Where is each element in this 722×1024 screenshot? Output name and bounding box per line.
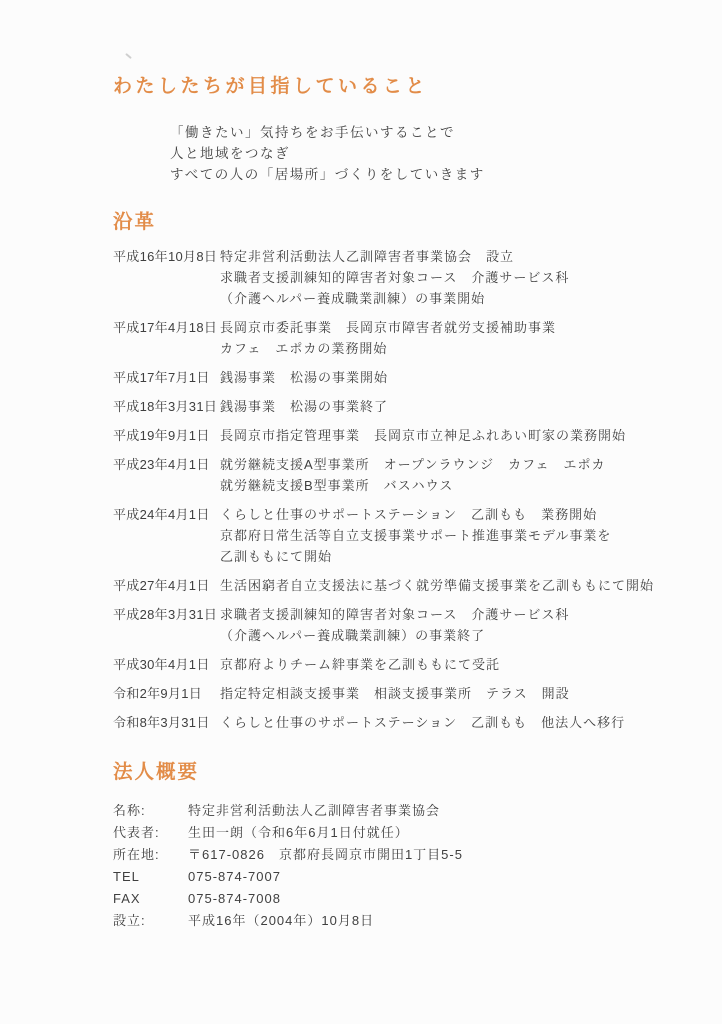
profile-row-value: 075-874-7007 (188, 866, 281, 888)
history-entry: 平成23年4月1日 就労継続支援A型事業所 オープンラウンジ カフェ エポカ就労… (113, 454, 674, 496)
mission-section: わたしたちが目指していること 「働きたい」気持ちをお手伝いすることで 人と地域を… (113, 76, 674, 185)
profile-row: 代表者: 生田一朗（令和6年6月1日付就任） (113, 822, 674, 844)
history-entry-date: 平成24年4月1日 (113, 504, 220, 567)
history-entry-description: 特定非営利活動法人乙訓障害者事業協会 設立求職者支援訓練知的障害者対象コース 介… (220, 246, 569, 309)
history-entry: 平成27年4月1日 生活困窮者自立支援法に基づく就労準備支援事業を乙訓ももにて開… (113, 575, 674, 596)
profile-row-label: FAX (113, 888, 188, 910)
profile-row-label: 所在地: (113, 844, 188, 866)
text-line: 長岡京市委託事業 長岡京市障害者就労支援補助事業 (220, 317, 556, 338)
history-entry-date: 平成23年4月1日 (113, 454, 220, 496)
history-entry: 平成16年10月8日 特定非営利活動法人乙訓障害者事業協会 設立求職者支援訓練知… (113, 246, 674, 309)
history-entry-description: 長岡京市委託事業 長岡京市障害者就労支援補助事業カフェ エポカの業務開始 (220, 317, 556, 359)
history-entry-date: 平成17年7月1日 (113, 367, 220, 388)
history-entry-description: 京都府よりチーム絆事業を乙訓ももにて受託 (220, 654, 500, 675)
profile-row: 名称: 特定非営利活動法人乙訓障害者事業協会 (113, 800, 674, 822)
history-section: 沿革 平成16年10月8日 特定非営利活動法人乙訓障害者事業協会 設立求職者支援… (113, 210, 674, 733)
history-entry-description: 就労継続支援A型事業所 オープンラウンジ カフェ エポカ就労継続支援B型事業所 … (220, 454, 606, 496)
profile-row: TEL 075-874-7007 (113, 866, 674, 888)
history-entry: 平成28年3月31日 求職者支援訓練知的障害者対象コース 介護サービス科（介護ヘ… (113, 604, 674, 646)
profile-row: FAX 075-874-7008 (113, 888, 674, 910)
profile-row-value: 075-874-7008 (188, 888, 281, 910)
profile-row-value: 〒617-0826 京都府長岡京市開田1丁目5-5 (188, 844, 463, 866)
profile-row-label: 設立: (113, 910, 188, 932)
text-line: 求職者支援訓練知的障害者対象コース 介護サービス科 (220, 604, 569, 625)
text-line: 特定非営利活動法人乙訓障害者事業協会 設立 (220, 246, 569, 267)
history-entry: 令和2年9月1日 指定特定相談支援事業 相談支援事業所 テラス 開設 (113, 683, 674, 704)
mission-line: 「働きたい」気持ちをお手伝いすることで (170, 122, 674, 143)
history-entry-description: 生活困窮者自立支援法に基づく就労準備支援事業を乙訓ももにて開始 (220, 575, 654, 596)
history-entry-date: 平成17年4月18日 (113, 317, 220, 359)
text-line: 銭湯事業 松湯の事業開始 (220, 367, 388, 388)
profile-row: 設立: 平成16年（2004年）10月8日 (113, 910, 674, 932)
text-line: 求職者支援訓練知的障害者対象コース 介護サービス科 (220, 267, 569, 288)
history-entry-description: 長岡京市指定管理事業 長岡京市立神足ふれあい町家の業務開始 (220, 425, 626, 446)
history-entry: 平成24年4月1日 くらしと仕事のサポートステーション 乙訓もも 業務開始京都府… (113, 504, 674, 567)
history-entry-date: 平成27年4月1日 (113, 575, 220, 596)
text-line: 乙訓ももにて開始 (220, 546, 611, 567)
text-line: 生活困窮者自立支援法に基づく就労準備支援事業を乙訓ももにて開始 (220, 575, 654, 596)
text-line: 就労継続支援A型事業所 オープンラウンジ カフェ エポカ (220, 454, 606, 475)
history-entry-description: 銭湯事業 松湯の事業終了 (220, 396, 388, 417)
history-entry-description: くらしと仕事のサポートステーション 乙訓もも 他法人へ移行 (220, 712, 625, 733)
profile-list: 名称: 特定非営利活動法人乙訓障害者事業協会 代表者: 生田一朗（令和6年6月1… (113, 800, 674, 932)
history-entry: 令和8年3月31日 くらしと仕事のサポートステーション 乙訓もも 他法人へ移行 (113, 712, 674, 733)
history-entry: 平成17年4月18日 長岡京市委託事業 長岡京市障害者就労支援補助事業カフェ エ… (113, 317, 674, 359)
scanned-document-page: わたしたちが目指していること 「働きたい」気持ちをお手伝いすることで 人と地域を… (0, 0, 722, 1024)
history-entry: 平成30年4月1日 京都府よりチーム絆事業を乙訓ももにて受託 (113, 654, 674, 675)
history-heading: 沿革 (113, 210, 674, 234)
profile-row-value: 生田一朗（令和6年6月1日付就任） (188, 822, 409, 844)
text-line: 銭湯事業 松湯の事業終了 (220, 396, 388, 417)
mission-heading: わたしたちが目指していること (113, 76, 674, 98)
history-entry-description: くらしと仕事のサポートステーション 乙訓もも 業務開始京都府日常生活等自立支援事… (220, 504, 611, 567)
history-entry-date: 平成18年3月31日 (113, 396, 220, 417)
text-line: （介護ヘルパー養成職業訓練）の事業終了 (220, 625, 569, 646)
profile-row: 所在地: 〒617-0826 京都府長岡京市開田1丁目5-5 (113, 844, 674, 866)
history-entry-date: 令和8年3月31日 (113, 712, 220, 733)
text-line: 京都府日常生活等自立支援事業サポート推進事業モデル事業を (220, 525, 611, 546)
mission-text: 「働きたい」気持ちをお手伝いすることで 人と地域をつなぎ すべての人の「居場所」… (170, 122, 674, 185)
text-line: くらしと仕事のサポートステーション 乙訓もも 他法人へ移行 (220, 712, 625, 733)
history-entry-description: 求職者支援訓練知的障害者対象コース 介護サービス科（介護ヘルパー養成職業訓練）の… (220, 604, 569, 646)
profile-heading: 法人概要 (113, 760, 674, 784)
profile-row-label: TEL (113, 866, 188, 888)
mission-line: 人と地域をつなぎ (170, 143, 674, 164)
text-line: 長岡京市指定管理事業 長岡京市立神足ふれあい町家の業務開始 (220, 425, 626, 446)
history-entry-description: 指定特定相談支援事業 相談支援事業所 テラス 開設 (220, 683, 570, 704)
profile-row-value: 特定非営利活動法人乙訓障害者事業協会 (188, 800, 440, 822)
history-entry: 平成19年9月1日 長岡京市指定管理事業 長岡京市立神足ふれあい町家の業務開始 (113, 425, 674, 446)
profile-row-label: 代表者: (113, 822, 188, 844)
text-line: 京都府よりチーム絆事業を乙訓ももにて受託 (220, 654, 500, 675)
history-entry-date: 平成19年9月1日 (113, 425, 220, 446)
history-entry: 平成17年7月1日 銭湯事業 松湯の事業開始 (113, 367, 674, 388)
history-entry-date: 令和2年9月1日 (113, 683, 220, 704)
profile-section: 法人概要 名称: 特定非営利活動法人乙訓障害者事業協会 代表者: 生田一朗（令和… (113, 760, 674, 932)
history-entry-date: 平成30年4月1日 (113, 654, 220, 675)
history-list: 平成16年10月8日 特定非営利活動法人乙訓障害者事業協会 設立求職者支援訓練知… (113, 246, 674, 733)
profile-row-label: 名称: (113, 800, 188, 822)
history-entry: 平成18年3月31日 銭湯事業 松湯の事業終了 (113, 396, 674, 417)
scan-speck (125, 53, 132, 59)
history-entry-description: 銭湯事業 松湯の事業開始 (220, 367, 388, 388)
text-line: 就労継続支援B型事業所 バスハウス (220, 475, 606, 496)
mission-line: すべての人の「居場所」づくりをしていきます (170, 164, 674, 185)
history-entry-date: 平成16年10月8日 (113, 246, 220, 309)
text-line: くらしと仕事のサポートステーション 乙訓もも 業務開始 (220, 504, 611, 525)
text-line: 指定特定相談支援事業 相談支援事業所 テラス 開設 (220, 683, 570, 704)
text-line: （介護ヘルパー養成職業訓練）の事業開始 (220, 288, 569, 309)
text-line: カフェ エポカの業務開始 (220, 338, 556, 359)
profile-row-value: 平成16年（2004年）10月8日 (188, 910, 374, 932)
history-entry-date: 平成28年3月31日 (113, 604, 220, 646)
